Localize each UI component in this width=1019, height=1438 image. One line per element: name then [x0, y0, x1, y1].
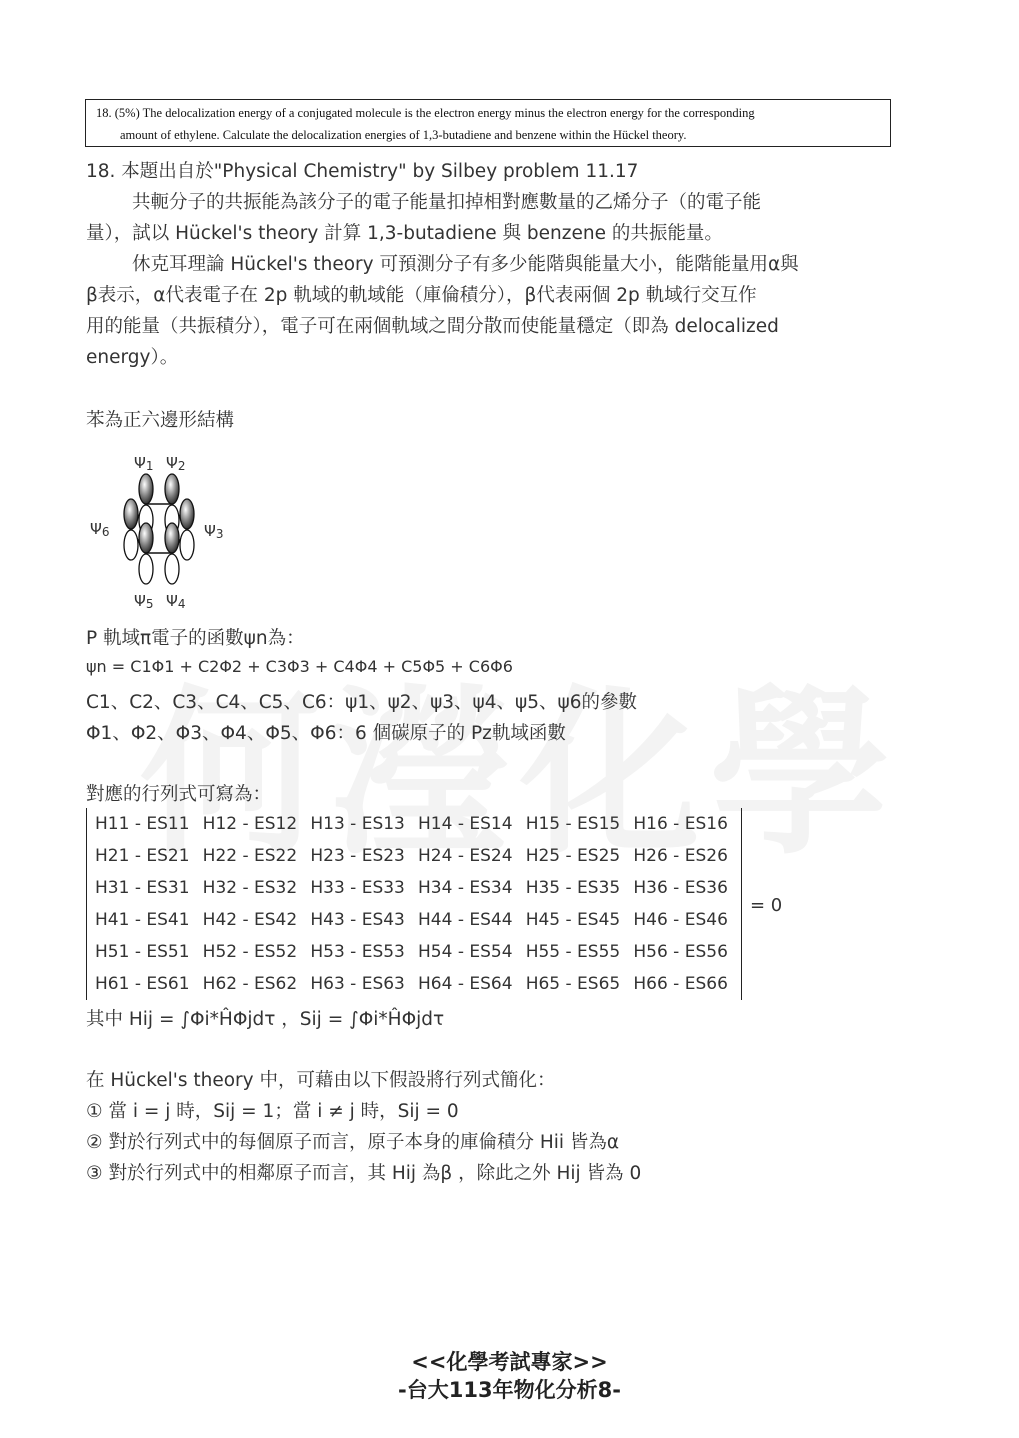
determinant-cell: H62 - ES62: [203, 974, 311, 994]
wavefunction-heading: P 軌域π電子的函數ψn為：: [86, 624, 305, 650]
determinant-cell: H15 - ES15: [526, 814, 634, 834]
benzene-orbital-diagram: Ψ1 Ψ2 Ψ6 Ψ3 Ψ5 Ψ4: [86, 450, 246, 615]
determinant-cell: H55 - ES55: [526, 942, 634, 962]
determinant-cell: H26 - ES26: [633, 846, 741, 866]
determinant-cell: H43 - ES43: [310, 910, 418, 930]
coefficient-definition: C1、C2、C3、C4、C5、C6：ψ1、ψ2、ψ3、ψ4、ψ5、ψ6的參數: [86, 688, 637, 714]
determinant-cell: H52 - ES52: [203, 942, 311, 962]
determinant-cell: H11 - ES11: [95, 814, 203, 834]
question-line-2: amount of ethylene. Calculate the deloca…: [96, 124, 890, 146]
integral-definitions: 其中 Hij = ∫Φi*ĤΦjdτ ，Sij = ∫Φi*ĤΦjdτ: [86, 1005, 444, 1031]
determinant-cell: H25 - ES25: [526, 846, 634, 866]
footer-brand: <<化學考試專家>>: [0, 1346, 1019, 1376]
determinant-cell: H23 - ES23: [310, 846, 418, 866]
determinant-equals-zero: = 0: [750, 895, 782, 916]
basis-definition: Φ1、Φ2、Φ3、Φ4、Φ5、Φ6：6 個碳原子的 Pz軌域函數: [86, 719, 566, 745]
determinant-row: H51 - ES51 H52 - ES52 H53 - ES53 H54 - E…: [87, 936, 741, 968]
para2-line2: β表示，α代表電子在 2p 軌域的軌域能（庫倫積分），β代表兩個 2p 軌域行交…: [86, 280, 926, 311]
huckel-heading: 在 Hückel's theory 中，可藉由以下假設將行列式簡化：: [86, 1066, 555, 1092]
huckel-rule-3: ③ 對於行列式中的相鄰原子而言，其 Hij 為β ，除此之外 Hij 皆為 0: [86, 1159, 641, 1185]
svg-text:Ψ2: Ψ2: [166, 454, 185, 473]
svg-text:Ψ4: Ψ4: [166, 592, 185, 611]
svg-text:Ψ3: Ψ3: [204, 522, 223, 541]
determinant-cell: H41 - ES41: [95, 910, 203, 930]
determinant-row: H31 - ES31 H32 - ES32 H33 - ES33 H34 - E…: [87, 872, 741, 904]
huckel-rule-2: ② 對於行列式中的每個原子而言，原子本身的庫倫積分 Hii 皆為α: [86, 1128, 619, 1154]
determinant-cell: H24 - ES24: [418, 846, 526, 866]
para1-line1: 共軛分子的共振能為該分子的電子能量扣掉相對應數量的乙烯分子（的電子能: [86, 187, 926, 218]
para2-line1: 休克耳理論 Hückel's theory 可預測分子有多少能階與能量大小，能階…: [86, 249, 926, 280]
wavefunction-equation: ψn = C1Φ1 + C2Φ2 + C3Φ3 + C4Φ4 + C5Φ5 + …: [86, 657, 513, 676]
determinant-cell: H44 - ES44: [418, 910, 526, 930]
determinant-cell: H12 - ES12: [203, 814, 311, 834]
determinant-row: H21 - ES21 H22 - ES22 H23 - ES23 H24 - E…: [87, 840, 741, 872]
intro-section: 18. 本題出自於"Physical Chemistry" by Silbey …: [86, 156, 926, 373]
determinant-cell: H21 - ES21: [95, 846, 203, 866]
determinant-cell: H33 - ES33: [310, 878, 418, 898]
determinant-cell: H54 - ES54: [418, 942, 526, 962]
determinant-cell: H66 - ES66: [633, 974, 741, 994]
determinant-row: H61 - ES61 H62 - ES62 H63 - ES63 H64 - E…: [87, 968, 741, 1000]
determinant-cell: H51 - ES51: [95, 942, 203, 962]
svg-text:Ψ5: Ψ5: [134, 592, 153, 611]
determinant-cell: H16 - ES16: [633, 814, 741, 834]
determinant-cell: H65 - ES65: [526, 974, 634, 994]
determinant-cell: H32 - ES32: [203, 878, 311, 898]
determinant-cell: H56 - ES56: [633, 942, 741, 962]
source-line: 18. 本題出自於"Physical Chemistry" by Silbey …: [86, 156, 926, 187]
svg-text:Ψ1: Ψ1: [134, 454, 153, 473]
determinant-cell: H35 - ES35: [526, 878, 634, 898]
determinant-cell: H64 - ES64: [418, 974, 526, 994]
determinant-cell: H36 - ES36: [633, 878, 741, 898]
question-line-1: 18. (5%) The delocalization energy of a …: [96, 102, 890, 124]
determinant-cell: H46 - ES46: [633, 910, 741, 930]
secular-determinant: H11 - ES11 H12 - ES12 H13 - ES13 H14 - E…: [86, 808, 742, 1000]
determinant-cell: H34 - ES34: [418, 878, 526, 898]
benzene-heading: 苯為正六邊形結構: [86, 406, 234, 432]
svg-text:Ψ6: Ψ6: [90, 520, 109, 539]
para2-line4: energy）。: [86, 342, 926, 373]
footer-page-label: -台大113年物化分析8-: [0, 1374, 1019, 1404]
para1-line2: 量），試以 Hückel's theory 計算 1,3-butadiene 與…: [86, 218, 926, 249]
determinant-cell: H63 - ES63: [310, 974, 418, 994]
determinant-heading: 對應的行列式可寫為：: [86, 780, 271, 806]
determinant-row: H41 - ES41 H42 - ES42 H43 - ES43 H44 - E…: [87, 904, 741, 936]
determinant-cell: H61 - ES61: [95, 974, 203, 994]
para2-line3: 用的能量（共振積分），電子可在兩個軌域之間分散而使能量穩定（即為 delocal…: [86, 311, 926, 342]
huckel-rule-1: ① 當 i = j 時，Sij = 1；當 i ≠ j 時，Sij = 0: [86, 1097, 459, 1123]
determinant-cell: H31 - ES31: [95, 878, 203, 898]
determinant-cell: H45 - ES45: [526, 910, 634, 930]
determinant-row: H11 - ES11 H12 - ES12 H13 - ES13 H14 - E…: [87, 808, 741, 840]
determinant-cell: H13 - ES13: [310, 814, 418, 834]
benzene-p-orbitals-icon: Ψ1 Ψ2 Ψ6 Ψ3 Ψ5 Ψ4: [86, 450, 246, 615]
question-box: 18. (5%) The delocalization energy of a …: [85, 99, 891, 147]
determinant-cell: H42 - ES42: [203, 910, 311, 930]
determinant-cell: H22 - ES22: [203, 846, 311, 866]
determinant-cell: H53 - ES53: [310, 942, 418, 962]
determinant-cell: H14 - ES14: [418, 814, 526, 834]
